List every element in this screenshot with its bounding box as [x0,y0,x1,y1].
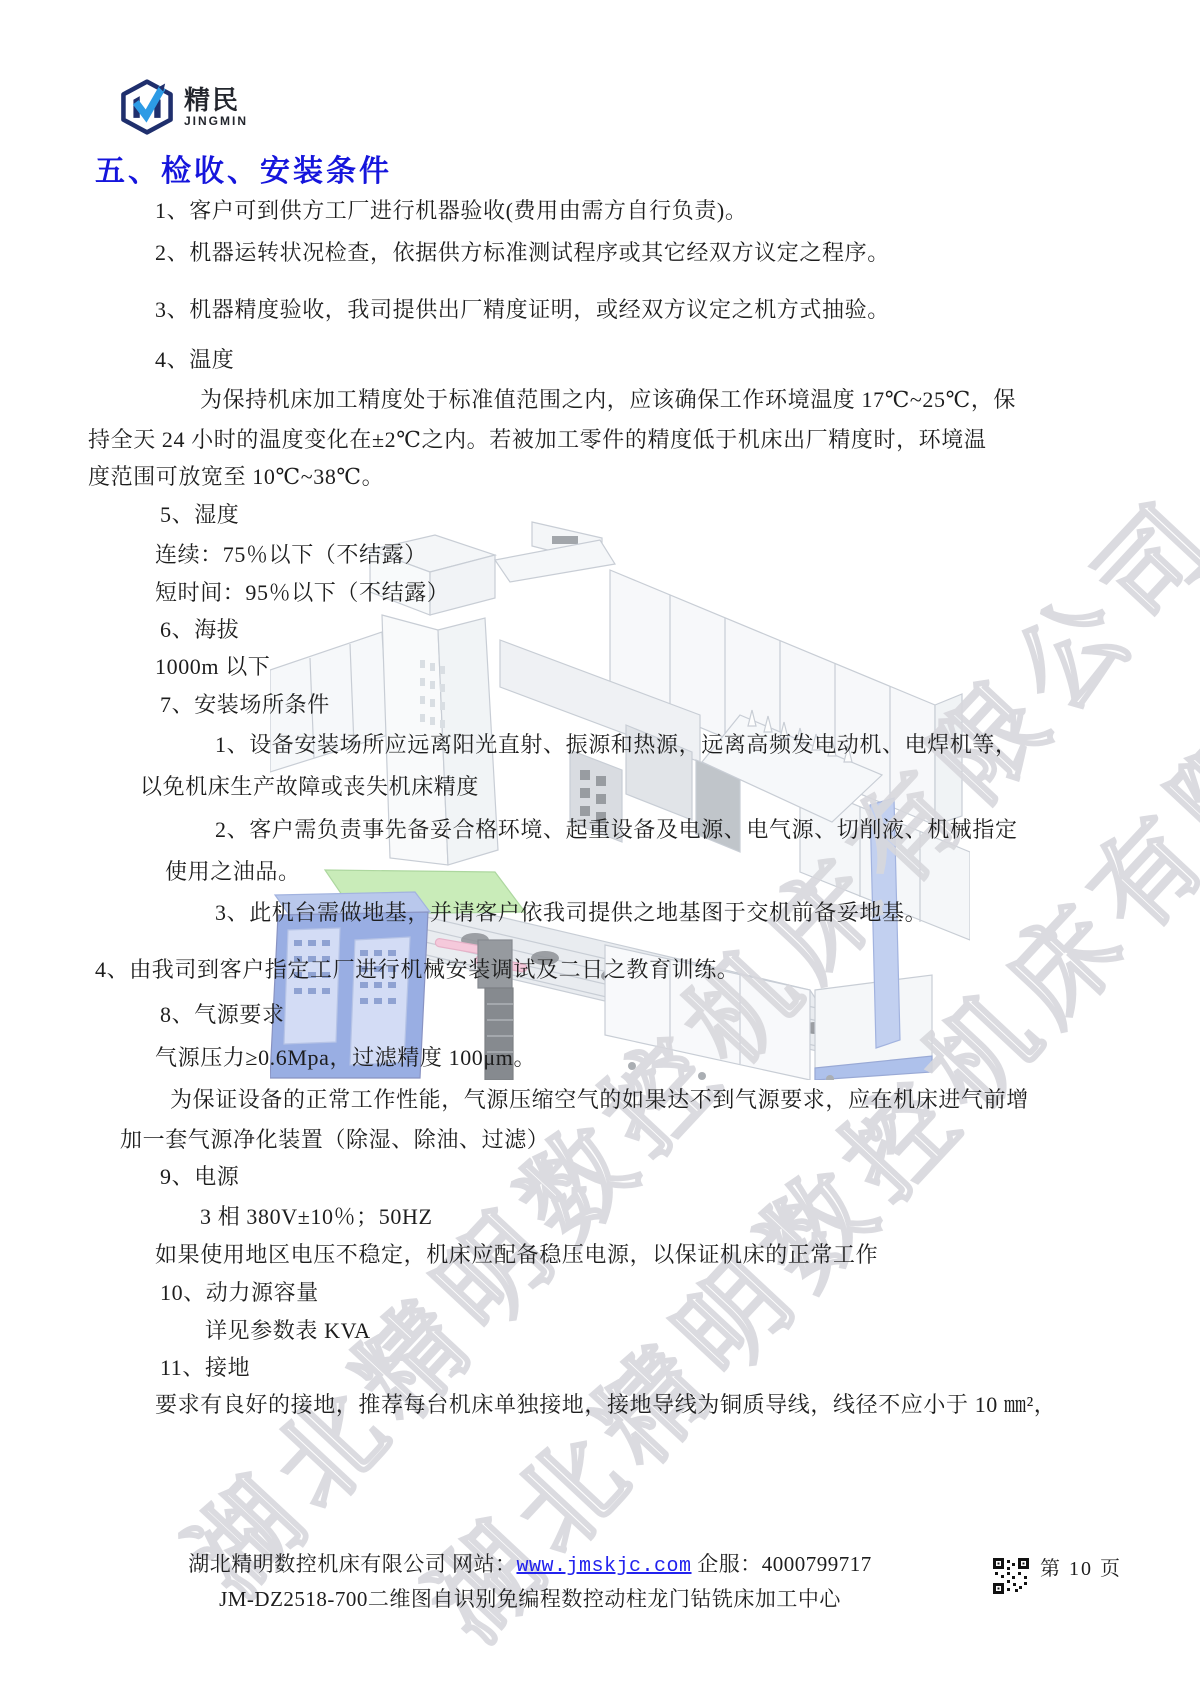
page-footer: 湖北精明数控机床有限公司 网站：www.jmskjc.com 企服：400079… [160,1548,900,1616]
footer-site-link[interactable]: www.jmskjc.com [516,1555,691,1578]
body-line: 4、温度 [155,345,234,375]
body-line: 7、安装场所条件 [160,690,330,720]
body-line: 详见参数表 KVA [205,1316,371,1346]
body-line: 5、湿度 [160,500,239,530]
footer-model-line: JM-DZ2518-700二维图自识别免编程数控动柱龙门钻铣床加工中心 [160,1583,900,1616]
logo-text-en: JINGMIN [184,115,248,127]
footer-site-label: 网站： [452,1552,517,1576]
body-line: 要求有良好的接地，推荐每台机床单独接地，接地导线为铜质导线，线径不应小于 10 … [155,1390,1056,1420]
body-line: 加一套气源净化装置（除湿、除油、过滤） [120,1125,549,1155]
body-line: 1、设备安装场所应远离阳光直射、振源和热源，远离高频发电动机、电焊机等， [215,730,1018,760]
body-line: 10、动力源容量 [160,1278,319,1308]
body-line: 为保证设备的正常工作性能，气源压缩空气的如果达不到气源要求，应在机床进气前增 [170,1085,1029,1115]
body-line: 短时间：95％以下（不结露） [155,578,449,608]
body-line: 气源压力≥0.6Mpa，过滤精度 100μm。 [155,1043,536,1073]
body-line: 如果使用地区电压不稳定，机床应配备稳压电源，以保证机床的正常工作 [155,1240,878,1270]
body-line: 以免机床生产故障或丧失机床精度 [140,772,479,802]
body-line: 使用之油品。 [165,857,301,887]
footer-service-phone: 4000799717 [762,1552,872,1576]
body-line: 6、海拔 [160,615,239,645]
body-line: 11、接地 [160,1353,250,1383]
body-line: 1000m 以下 [155,652,270,682]
body-line: 9、电源 [160,1162,239,1192]
footer-company-line: 湖北精明数控机床有限公司 网站：www.jmskjc.com 企服：400079… [160,1548,900,1583]
body-line: 3 相 380V±10％；50HZ [200,1202,433,1232]
body-line: 度范围可放宽至 10℃~38℃。 [88,462,384,492]
footer-company: 湖北精明数控机床有限公司 [188,1552,446,1576]
body-line: 为保持机床加工精度处于标准值范围之内，应该确保工作环境温度 17℃~25℃，保 [200,385,1016,415]
body-line: 连续：75％以下（不结露） [155,540,427,570]
company-logo: 精民 JINGMIN [118,78,248,136]
body-line: 8、气源要求 [160,1000,285,1030]
footer-service-label: 企服： [697,1552,762,1576]
jingmin-hexagon-logo-icon [118,78,176,136]
body-line: 持全天 24 小时的温度变化在±2℃之内。若被加工零件的精度低于机床出厂精度时，… [88,425,987,455]
document-page: 湖北精明数控机床有限公司 湖北精明数控机床有限公司 [0,0,1200,1700]
body-line: 2、机器运转状况检查，依据供方标准测试程序或其它经双方议定之程序。 [155,238,890,268]
body-line: 2、客户需负责事先备妥合格环境、起重设备及电源、电气源、切削液、机械指定 [215,815,1018,845]
body-line: 3、此机台需做地基，并请客户依我司提供之地基图于交机前备妥地基。 [215,898,927,928]
body-line: 3、机器精度验收，我司提供出厂精度证明，或经双方议定之机方式抽验。 [155,295,890,325]
section-heading: 五、检收、安装条件 [95,146,392,190]
logo-text-cn: 精民 [184,87,248,113]
page-number: 第 10 页 [1040,1552,1122,1581]
body-line: 4、由我司到客户指定工厂进行机械安装调试及二日之教育训练。 [95,955,739,985]
qr-code-icon [993,1558,1029,1594]
body-line: 1、客户可到供方工厂进行机器验收(费用由需方自行负责)。 [155,196,747,226]
